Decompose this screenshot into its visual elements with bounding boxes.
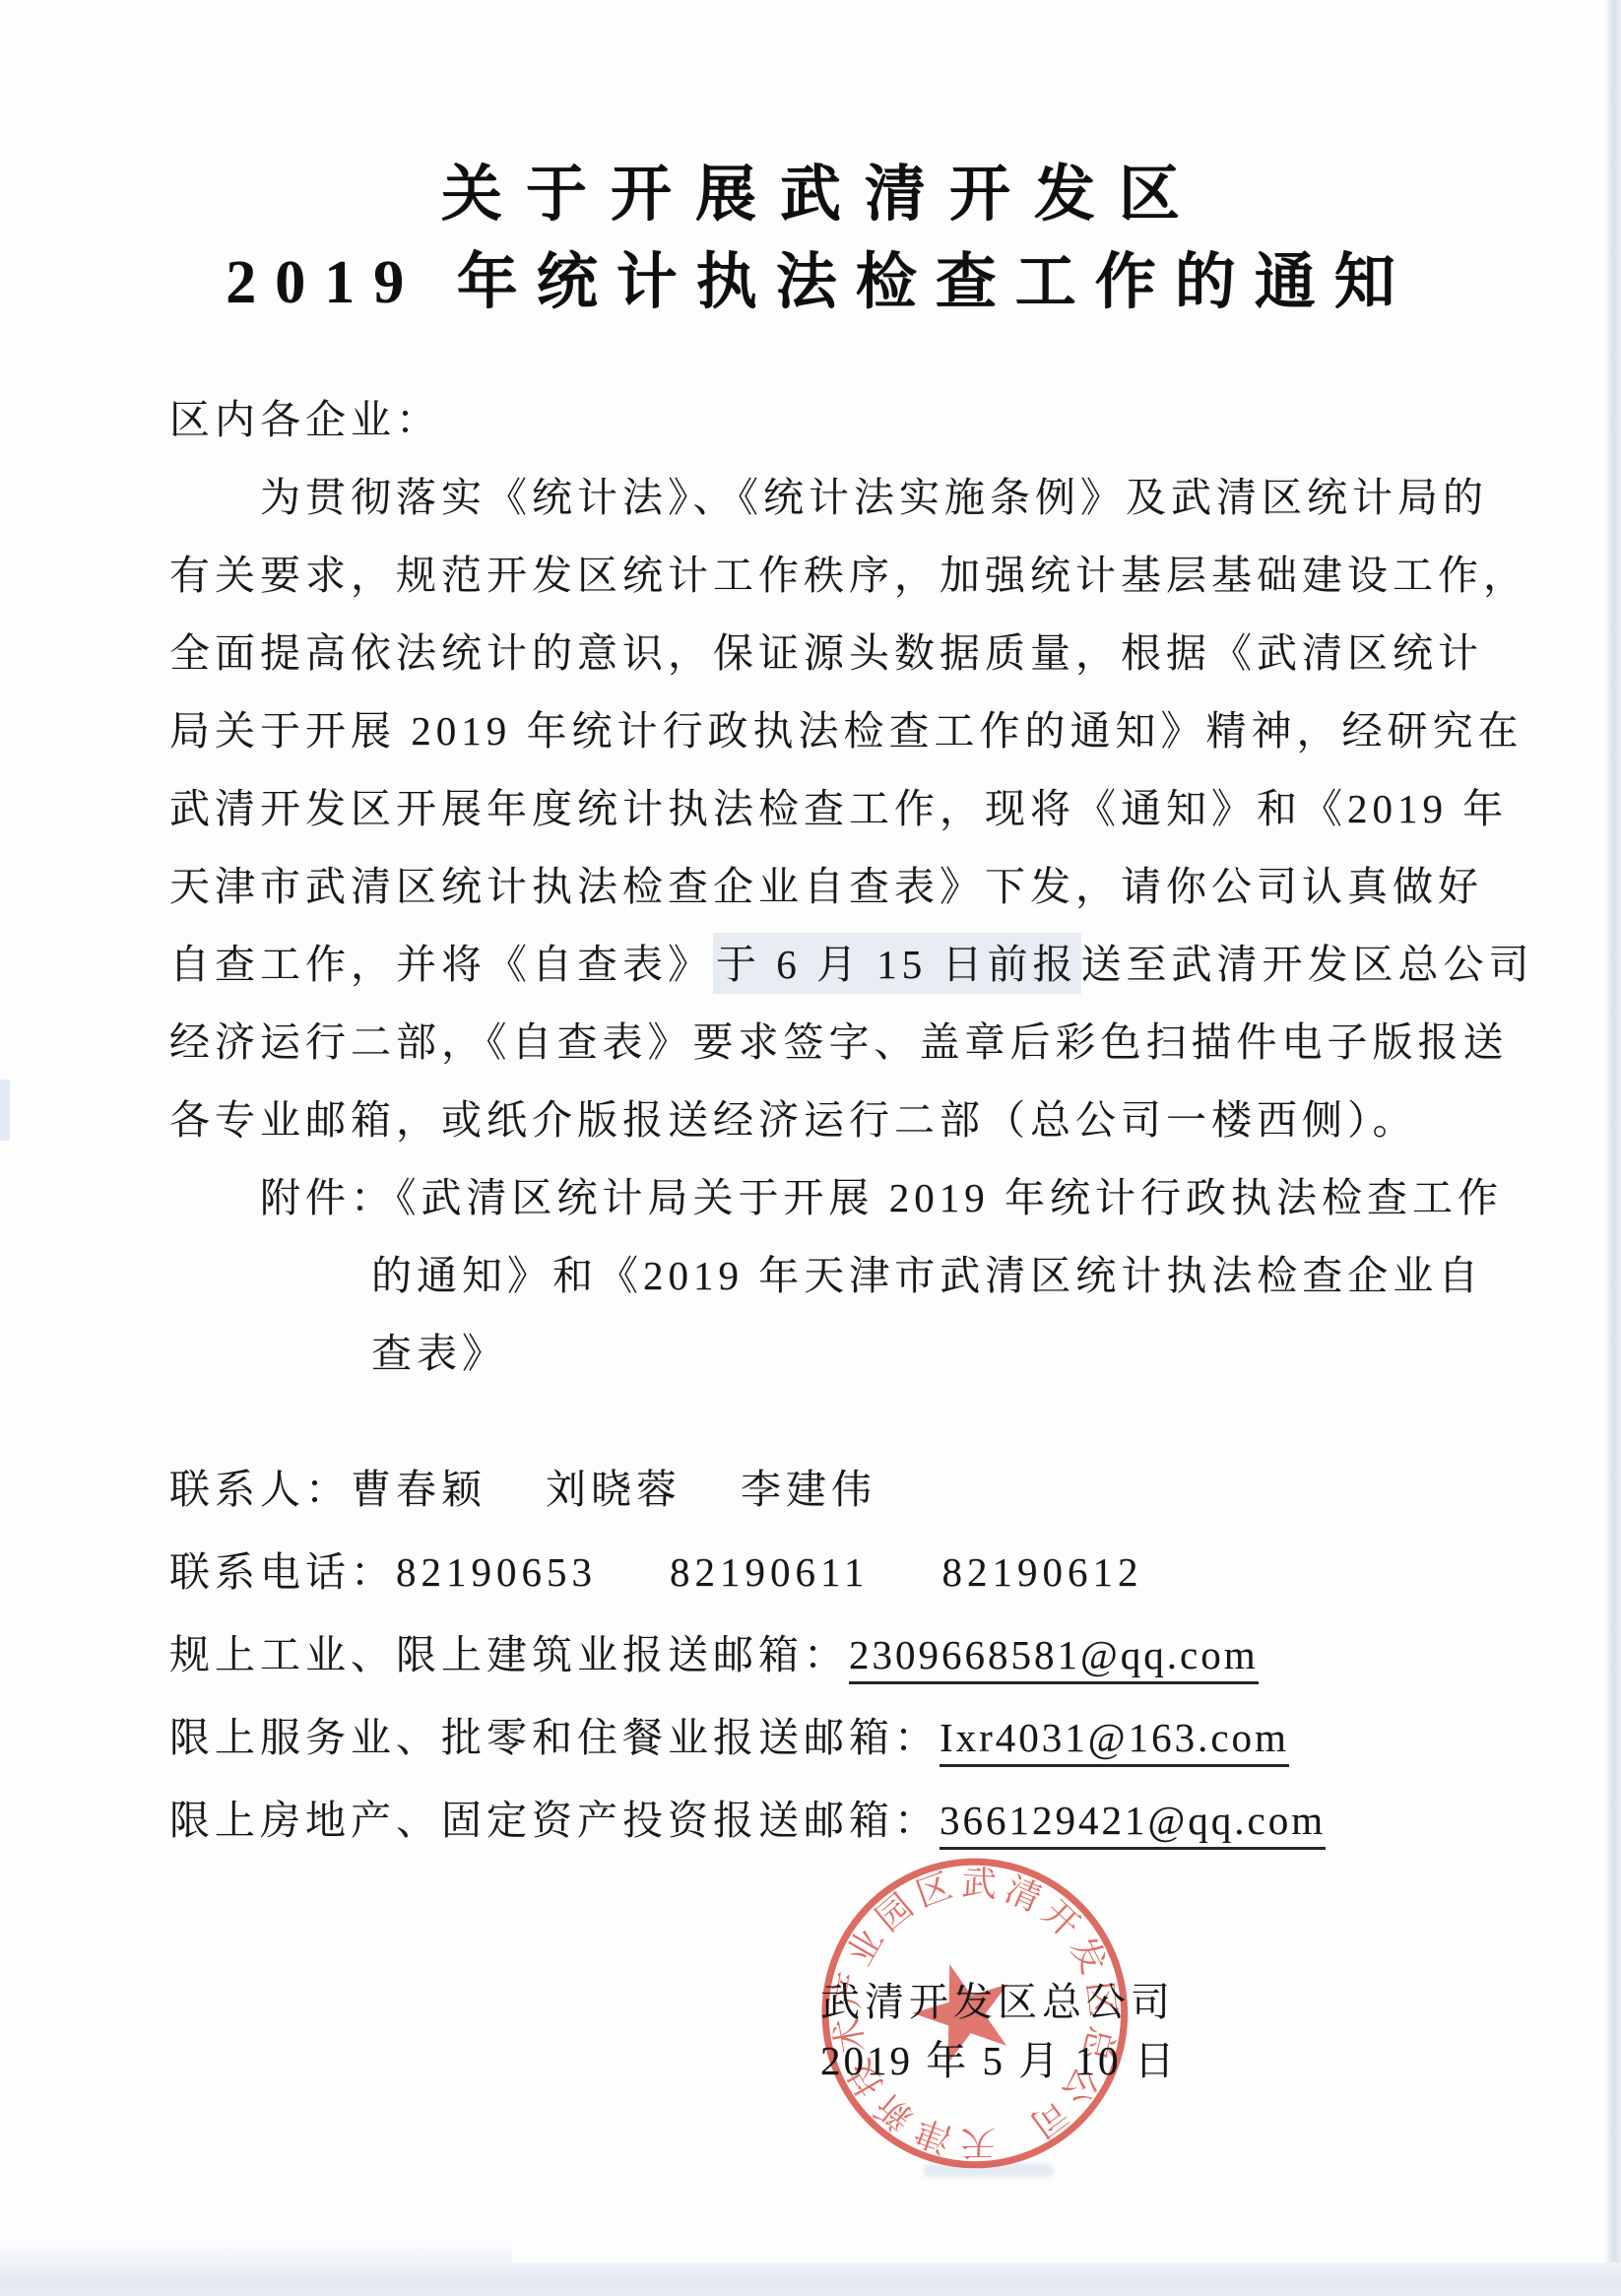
contact-mailbox-line: 限上房地产、固定资产投资报送邮箱：366129421@qq.com — [169, 1792, 1326, 1849]
mailbox-label: 规上工业、限上建筑业报送邮箱： — [169, 1632, 849, 1677]
contact-person-name: 李建伟 — [741, 1467, 876, 1512]
notice-title-line-2: 2019 年统计执法检查工作的通知 — [0, 232, 1621, 320]
attachment-line: 查表》 — [371, 1325, 507, 1382]
contact-person-name: 刘晓蓉 — [546, 1467, 681, 1512]
body-line: 为贯彻落实《统计法》、《统计法实施条例》及武清区统计局的 — [260, 469, 1488, 526]
attachment-line: 的通知》和《2019 年天津市武清区统计执法检查企业自 — [371, 1247, 1483, 1304]
contact-person-name: 曹春颖 — [351, 1467, 486, 1512]
contact-mailbox-line: 规上工业、限上建筑业报送邮箱：2309668581@qq.com — [169, 1626, 1259, 1683]
contact-persons-line: 联系人：曹春颖刘晓蓉李建伟 — [169, 1461, 876, 1518]
contact-phones-label: 联系电话： — [169, 1549, 396, 1595]
mailbox-email-address: Ixr4031@163.com — [940, 1715, 1289, 1767]
scan-edge-band-right — [1604, 0, 1621, 2296]
body-line: 各专业邮箱，或纸介版报送经济运行二部（总公司一楼西侧）。 — [169, 1091, 1418, 1148]
contact-mailbox-line: 限上服务业、批零和住餐业报送邮箱：Ixr4031@163.com — [169, 1709, 1289, 1766]
body-line: 局关于开展 2019 年统计行政执法检查工作的通知》精神，经研究在 — [169, 702, 1524, 759]
body-line: 有关要求，规范开发区统计工作秩序，加强统计基层基础建设工作， — [169, 547, 1528, 604]
body-line: 全面提高依法统计的意识，保证源头数据质量，根据《武清区统计 — [169, 624, 1483, 682]
contact-phones-line: 联系电话：821906538219061182190612 — [169, 1543, 1142, 1601]
mailbox-email-address: 366129421@qq.com — [940, 1798, 1326, 1850]
mailbox-email-address: 2309668581@qq.com — [849, 1632, 1259, 1684]
contact-phone-number: 82190611 — [670, 1549, 869, 1595]
contact-phone-number: 82190653 — [396, 1549, 597, 1595]
body-line: 天津市武清区统计执法检查企业自查表》下发，请你公司认真做好 — [169, 858, 1483, 915]
scanned-notice-page: 关于开展武清开发区 2019 年统计执法检查工作的通知 区内各企业：为贯彻落实《… — [0, 0, 1621, 2296]
notice-title-line-1: 关于开展武清开发区 — [0, 145, 1621, 232]
contact-persons-label: 联系人： — [169, 1467, 351, 1512]
body-line: 经济运行二部，《自查表》要求签字、盖章后彩色扫描件电子版报送 — [169, 1014, 1509, 1071]
scan-artifact-left — [0, 1080, 10, 1141]
scan-edge-fade — [0, 2236, 512, 2263]
mailbox-label: 限上房地产、固定资产投资报送邮箱： — [169, 1798, 940, 1843]
signature-date: 2019 年 5 月 10 日 — [820, 2028, 1178, 2086]
contact-phone-number: 82190612 — [941, 1549, 1142, 1595]
attachment-line: 附件：《武清区统计局关于开展 2019 年统计行政执法检查工作 — [260, 1169, 1503, 1226]
signature-org: 武清开发区总公司 — [820, 1971, 1175, 2027]
body-line: 武清开发区开展年度统计执法检查工作，现将《通知》和《2019 年 — [169, 780, 1508, 837]
scan-edge-band-bottom — [0, 2263, 1621, 2296]
highlighted-deadline-text: 于 6 月 15 日前报 — [713, 933, 1081, 994]
salutation-line: 区内各企业： — [169, 391, 441, 448]
body-line: 自查工作，并将《自查表》于 6 月 15 日前报送至武清开发区总公司 — [169, 936, 1534, 993]
mailbox-label: 限上服务业、批零和住餐业报送邮箱： — [169, 1715, 940, 1760]
